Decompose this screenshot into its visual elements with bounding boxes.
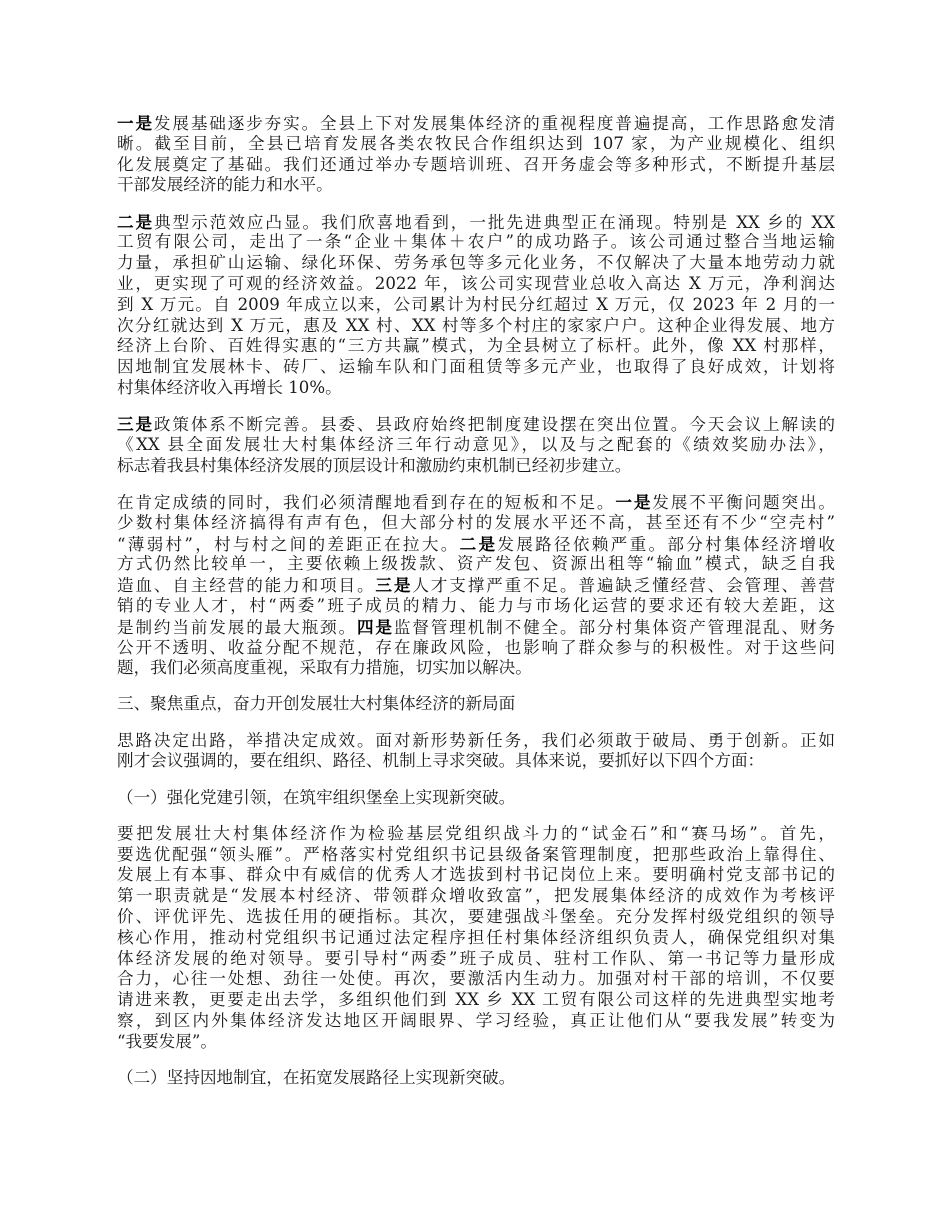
text-run: 要选优配强“领头雁”。严格落实村党组织书记县级备案管理制度，把那些政治上靠得住、	[117, 845, 835, 864]
text-line: 经济上台阶、百姓得实惠的“三方共赢”模式，为全县树立了标杆。此外，像 XX 村那…	[117, 336, 835, 357]
text-run: “我要发展”。	[117, 1032, 217, 1051]
text-line: 方式仍然比较单一，主要依赖上级拨款、资产发包、资源出租等“输血”模式，缺乏自我	[117, 554, 835, 575]
text-run: 价、评优评先、选拔任用的硬指标。其次，要建强战斗堡垒。充分发挥村级党组织的领导	[117, 907, 835, 926]
text-run: 到 X 万元。自 2009 年成立以来，公司累计为村民分红超过 X 万元，仅 2…	[117, 295, 835, 314]
text-line: 刚才会议强调的，要在组织、路径、机制上寻求突破。具体来说，要抓好以下四个方面：	[117, 751, 835, 772]
text-line: 三、聚焦重点，奋力开创发展壮大村集体经济的新局面	[117, 694, 835, 715]
text-line: 到 X 万元。自 2009 年成立以来，公司累计为村民分红超过 X 万元，仅 2…	[117, 295, 835, 316]
text-run: 造血、自主经营的能力和项目。	[117, 576, 375, 595]
text-line: 要选优配强“领头雁”。严格落实村党组织书记县级备案管理制度，把那些政治上靠得住、	[117, 845, 835, 866]
text-line: 标志着我县村集体经济发展的顶层设计和激励约束机制已经初步建立。	[117, 456, 835, 477]
body-paragraph: 三是政策体系不断完善。县委、县政府始终把制度建设摆在突出位置。今天会议上解读的《…	[117, 414, 835, 476]
text-line: 晰。截至目前，全县已培育发展各类农牧民合作组织达到 107 家，为产业规模化、组…	[117, 134, 835, 155]
text-line: 请进来教，更要走出去学，多组织他们到 XX 乡 XX 工贸有限公司这样的先进典型…	[117, 990, 835, 1011]
emphasis-label: 二是	[117, 212, 154, 232]
text-run: 体经济发展的绝对领导。要引导村“两委”班子成员、驻村工作队、第一书记等力量形成	[117, 949, 835, 968]
text-line: 要把发展壮大村集体经济作为检验基层党组织战斗力的“试金石”和“赛马场”。首先，	[117, 824, 835, 845]
text-run: 干部发展经济的能力和水平。	[117, 175, 333, 194]
text-line: 价、评优评先、选拔任用的硬指标。其次，要建强战斗堡垒。充分发挥村级党组织的领导	[117, 907, 835, 928]
text-run: “薄弱村”，村与村之间的差距正在拉大。	[117, 535, 460, 554]
text-run: 核心作用，推动村党组织书记通过法定程序担任村集体经济组织负责人，确保党组织对集	[117, 928, 835, 947]
text-run: 思路决定出路，举措决定成效。面对新形势新任务，我们必须敢于破局、勇于创新。正如	[117, 731, 835, 750]
text-run: 三、聚焦重点，奋力开创发展壮大村集体经济的新局面	[117, 694, 515, 713]
text-run: 次分红就达到 X 万元，惠及 XX 村、XX 村等多个村庄的家家户户。这种企业得…	[117, 316, 835, 335]
body-paragraph: 一是发展基础逐步夯实。全县上下对发展集体经济的重视程度普遍提高，工作思路愈发清晰…	[117, 113, 835, 196]
body-paragraph: 思路决定出路，举措决定成效。面对新形势新任务，我们必须敢于破局、勇于创新。正如刚…	[117, 731, 835, 773]
text-line: 是制约当前发展的最大瓶颈。四是监督管理机制不健全。部分村集体资产管理混乱、财务	[117, 617, 835, 638]
text-line: 在肯定成绩的同时，我们必须清醒地看到存在的短板和不足。一是发展不平衡问题突出。	[117, 492, 835, 513]
text-line: 工贸有限公司，走出了一条“企业＋集体＋农户”的成功路子。该公司通过整合当地运输	[117, 232, 835, 253]
body-paragraph: 要把发展壮大村集体经济作为检验基层党组织战斗力的“试金石”和“赛马场”。首先，要…	[117, 824, 835, 1053]
text-line: “我要发展”。	[117, 1032, 835, 1053]
text-run: 工贸有限公司，走出了一条“企业＋集体＋农户”的成功路子。该公司通过整合当地运输	[117, 232, 835, 251]
text-line: 题，我们必须高度重视，采取有力措施，切实加以解决。	[117, 658, 835, 679]
text-line: 村集体经济收入再增长 10%。	[117, 378, 835, 399]
text-run: 是制约当前发展的最大瓶颈。	[117, 618, 357, 637]
emphasis-label: 二是	[460, 534, 498, 554]
text-run: 经济上台阶、百姓得实惠的“三方共赢”模式，为全县树立了标杆。此外，像 XX 村那…	[117, 336, 835, 355]
text-run: 政策体系不断完善。县委、县政府始终把制度建设摆在突出位置。今天会议上解读的	[154, 415, 835, 434]
text-run: 《XX 县全面发展壮大村集体经济三年行动意见》，以及与之配套的《绩效奖励办法》，	[117, 435, 835, 454]
text-run: 在肯定成绩的同时，我们必须清醒地看到存在的短板和不足。	[117, 493, 615, 512]
text-line: 察，到区内外集体经济发达地区开阔眼界、学习经验，真正让他们从“要我发展”转变为	[117, 1011, 835, 1032]
text-line: 干部发展经济的能力和水平。	[117, 175, 835, 196]
body-paragraph: 二是典型示范效应凸显。我们欣喜地看到，一批先进典型正在涌现。特别是 XX 乡的 …	[117, 212, 835, 399]
text-run: 要把发展壮大村集体经济作为检验基层党组织战斗力的“试金石”和“赛马场”。首先，	[117, 824, 835, 843]
text-run: 刚才会议强调的，要在组织、路径、机制上寻求突破。具体来说，要抓好以下四个方面：	[117, 751, 764, 770]
text-line: 销的专业人才，村“两委”班子成员的精力、能力与市场化运营的要求还有较大差距，这	[117, 596, 835, 617]
emphasis-label: 三是	[375, 575, 412, 595]
text-run: 发展不平衡问题突出。	[652, 493, 835, 512]
text-line: （一）强化党建引领，在筑牢组织堡垒上实现新突破。	[117, 788, 835, 809]
text-run: 发展上有本事、群众中有威信的优秀人才选拔到村书记岗位上来。要明确村党支部书记的	[117, 865, 835, 884]
text-run: （一）强化党建引领，在筑牢组织堡垒上实现新突破。	[117, 788, 515, 807]
text-run: 化发展奠定了基础。我们还通过举办专题培训班、召开务虚会等多种形式，不断提升基层	[117, 155, 835, 174]
text-line: 合力，心往一处想、劲往一处使。再次，要激活内生动力。加强对村干部的培训，不仅要	[117, 969, 835, 990]
text-run: 请进来教，更要走出去学，多组织他们到 XX 乡 XX 工贸有限公司这样的先进典型…	[117, 990, 835, 1009]
text-line: 第一职责就是“发展本村经济、带领群众增收致富”，把发展集体经济的成效作为考核评	[117, 886, 835, 907]
text-run: （二）坚持因地制宜，在拓宽发展路径上实现新突破。	[117, 1068, 515, 1087]
text-line: 力量，承担矿山运输、绿化环保、劳务承包等多元化业务，不仅解决了大量本地劳动力就	[117, 253, 835, 274]
text-run: 发展路径依赖严重。部分村集体经济增收	[497, 535, 835, 554]
document-page: 一是发展基础逐步夯实。全县上下对发展集体经济的重视程度普遍提高，工作思路愈发清晰…	[117, 113, 835, 1104]
text-run: 监督管理机制不健全。部分村集体资产管理混乱、财务	[394, 618, 835, 637]
text-run: 典型示范效应凸显。我们欣喜地看到，一批先进典型正在涌现。特别是 XX 乡的 XX	[154, 213, 835, 232]
text-line: 因地制宜发展林卡、砖厂、运输车队和门面租赁等多元产业，也取得了良好成效，计划将	[117, 357, 835, 378]
text-line: 造血、自主经营的能力和项目。三是人才支撑严重不足。普遍缺乏懂经营、会管理、善营	[117, 575, 835, 596]
text-line: 次分红就达到 X 万元，惠及 XX 村、XX 村等多个村庄的家家户户。这种企业得…	[117, 316, 835, 337]
text-run: 方式仍然比较单一，主要依赖上级拨款、资产发包、资源出租等“输血”模式，缺乏自我	[117, 554, 835, 573]
text-line: 一是发展基础逐步夯实。全县上下对发展集体经济的重视程度普遍提高，工作思路愈发清	[117, 113, 835, 134]
text-run: 销的专业人才，村“两委”班子成员的精力、能力与市场化运营的要求还有较大差距，这	[117, 596, 835, 615]
text-line: 公开不透明、收益分配不规范，存在廉政风险，也影响了群众参与的积极性。对于这些问	[117, 638, 835, 659]
text-run: 少数村集体经济搞得有声有色，但大部分村的发展水平还不高，甚至还有不少“空壳村”	[117, 513, 835, 532]
text-line: 化发展奠定了基础。我们还通过举办专题培训班、召开务虚会等多种形式，不断提升基层	[117, 155, 835, 176]
emphasis-label: 一是	[615, 492, 652, 512]
text-line: 体经济发展的绝对领导。要引导村“两委”班子成员、驻村工作队、第一书记等力量形成	[117, 949, 835, 970]
text-run: 题，我们必须高度重视，采取有力措施，切实加以解决。	[117, 658, 532, 677]
text-line: 《XX 县全面发展壮大村集体经济三年行动意见》，以及与之配套的《绩效奖励办法》，	[117, 435, 835, 456]
text-line: 二是典型示范效应凸显。我们欣喜地看到，一批先进典型正在涌现。特别是 XX 乡的 …	[117, 212, 835, 233]
section-heading: （一）强化党建引领，在筑牢组织堡垒上实现新突破。	[117, 788, 835, 809]
section-heading: 三、聚焦重点，奋力开创发展壮大村集体经济的新局面	[117, 694, 835, 715]
text-line: 思路决定出路，举措决定成效。面对新形势新任务，我们必须敢于破局、勇于创新。正如	[117, 731, 835, 752]
text-run: 村集体经济收入再增长 10%。	[117, 378, 342, 397]
text-run: 察，到区内外集体经济发达地区开阔眼界、学习经验，真正让他们从“要我发展”转变为	[117, 1011, 835, 1030]
text-run: 发展基础逐步夯实。全县上下对发展集体经济的重视程度普遍提高，工作思路愈发清	[154, 114, 835, 133]
text-run: 标志着我县村集体经济发展的顶层设计和激励约束机制已经初步建立。	[117, 456, 631, 475]
text-run: 公开不透明、收益分配不规范，存在廉政风险，也影响了群众参与的积极性。对于这些问	[117, 638, 835, 657]
section-heading: （二）坚持因地制宜，在拓宽发展路径上实现新突破。	[117, 1068, 835, 1089]
text-run: 因地制宜发展林卡、砖厂、运输车队和门面租赁等多元产业，也取得了良好成效，计划将	[117, 357, 835, 376]
text-run: 业，更实现了可观的经济效益。2022 年，该公司实现营业总收入高达 X 万元，净…	[117, 274, 835, 293]
text-line: 少数村集体经济搞得有声有色，但大部分村的发展水平还不高，甚至还有不少“空壳村”	[117, 513, 835, 534]
text-run: 力量，承担矿山运输、绿化环保、劳务承包等多元化业务，不仅解决了大量本地劳动力就	[117, 253, 835, 272]
text-line: （二）坚持因地制宜，在拓宽发展路径上实现新突破。	[117, 1068, 835, 1089]
text-run: 晰。截至目前，全县已培育发展各类农牧民合作组织达到 107 家，为产业规模化、组…	[117, 134, 835, 153]
emphasis-label: 一是	[117, 113, 154, 133]
text-line: 核心作用，推动村党组织书记通过法定程序担任村集体经济组织负责人，确保党组织对集	[117, 928, 835, 949]
text-line: 业，更实现了可观的经济效益。2022 年，该公司实现营业总收入高达 X 万元，净…	[117, 274, 835, 295]
text-line: “薄弱村”，村与村之间的差距正在拉大。二是发展路径依赖严重。部分村集体经济增收	[117, 534, 835, 555]
text-run: 第一职责就是“发展本村经济、带领群众增收致富”，把发展集体经济的成效作为考核评	[117, 886, 835, 905]
text-run: 合力，心往一处想、劲往一处使。再次，要激活内生动力。加强对村干部的培训，不仅要	[117, 969, 835, 988]
body-paragraph: 在肯定成绩的同时，我们必须清醒地看到存在的短板和不足。一是发展不平衡问题突出。少…	[117, 492, 835, 679]
emphasis-label: 三是	[117, 414, 154, 434]
text-line: 三是政策体系不断完善。县委、县政府始终把制度建设摆在突出位置。今天会议上解读的	[117, 414, 835, 435]
text-line: 发展上有本事、群众中有威信的优秀人才选拔到村书记岗位上来。要明确村党支部书记的	[117, 865, 835, 886]
text-run: 人才支撑严重不足。普遍缺乏懂经营、会管理、善营	[412, 576, 835, 595]
emphasis-label: 四是	[357, 617, 394, 637]
